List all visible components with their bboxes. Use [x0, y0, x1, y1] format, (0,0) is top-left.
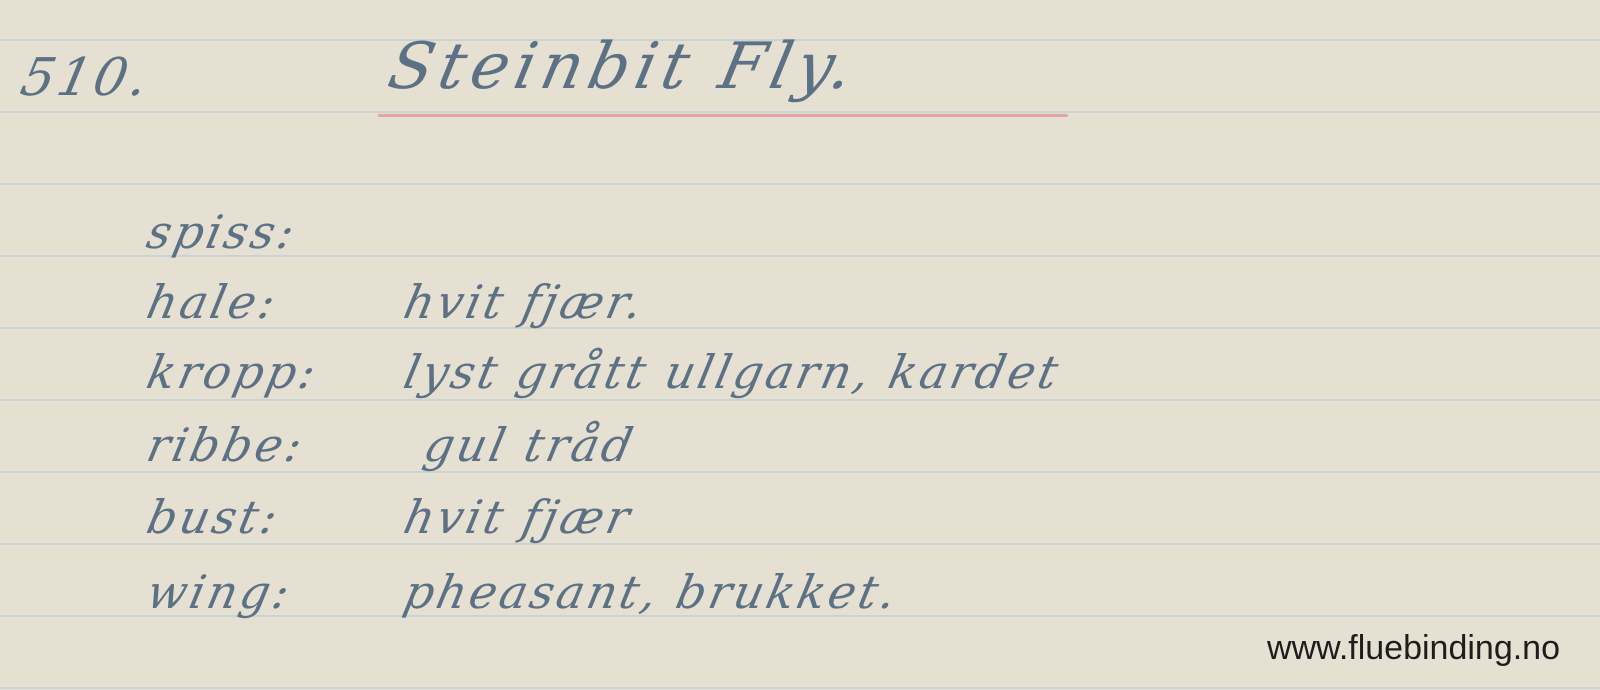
- title-underline: [378, 114, 1068, 117]
- entry-number: 510.: [16, 48, 157, 108]
- recipe-label-spiss: spiss:: [142, 205, 302, 259]
- recipe-value-hale: hvit fjær.: [399, 275, 650, 329]
- watermark-link: www.fluebinding.no: [1267, 629, 1560, 668]
- recipe-value-ribbe: gul tråd: [419, 418, 640, 472]
- recipe-label-ribbe: ribbe:: [142, 418, 310, 472]
- recipe-label-wing: wing:: [142, 565, 297, 619]
- recipe-label-bust: bust:: [142, 490, 285, 544]
- recipe-label-kropp: kropp:: [142, 345, 323, 399]
- recipe-label-hale: hale:: [142, 275, 283, 329]
- entry-title: Steinbit Fly.: [382, 30, 865, 104]
- recipe-value-kropp: lyst grått ullgarn, kardet: [399, 345, 1066, 399]
- recipe-value-bust: hvit fjær: [399, 490, 637, 544]
- notebook-page: 510. Steinbit Fly. spiss: hale: hvit fjæ…: [0, 0, 1600, 690]
- recipe-value-wing: pheasant, brukket.: [399, 565, 904, 619]
